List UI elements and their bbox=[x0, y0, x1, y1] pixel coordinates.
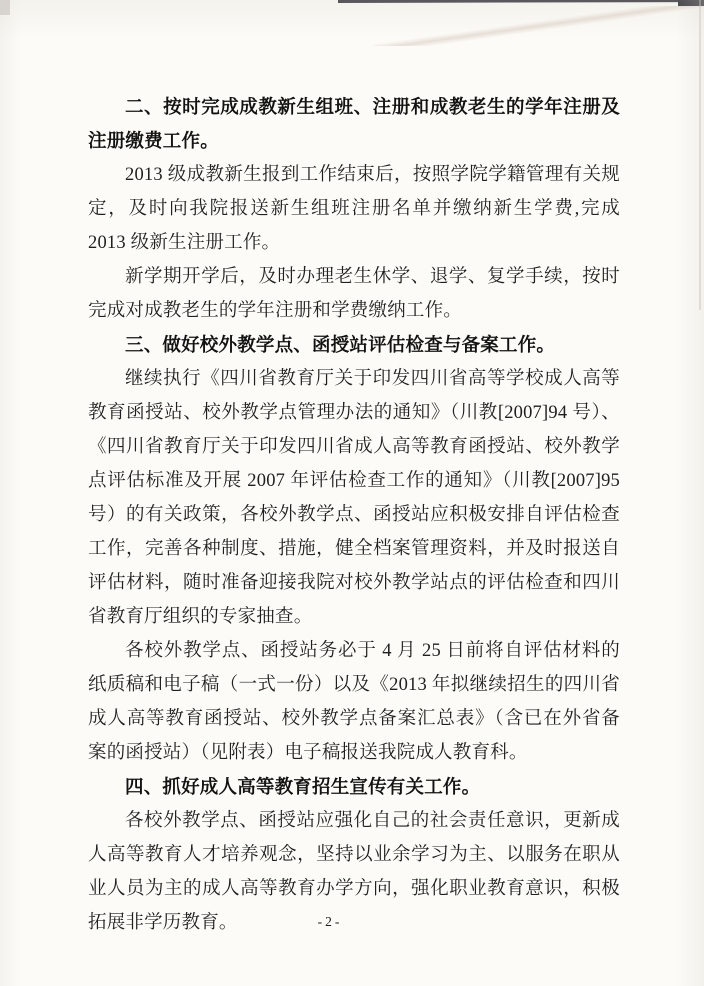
page-number: -2- bbox=[0, 914, 660, 930]
document-body: 二、按时完成成教新生组班、注册和成教老生的学年注册及注册缴费工作。 2013 级… bbox=[88, 90, 620, 940]
section-3-heading: 三、做好校外教学点、函授站评估检查与备案工作。 bbox=[88, 328, 620, 362]
scanned-page: 二、按时完成成教新生组班、注册和成教老生的学年注册及注册缴费工作。 2013 级… bbox=[0, 0, 704, 986]
para-evaluation-policy: 继续执行《四川省教育厅关于印发四川省高等学校成人高等教育函授站、校外教学点管理办… bbox=[88, 362, 620, 634]
para-material-submission: 各校外教学点、函授站务必于 4 月 25 日前将自评估材料的纸质稿和电子稿（一式… bbox=[88, 634, 620, 770]
para-old-student-procedures: 新学期开学后，及时办理老生休学、退学、复学手续，按时完成对成教老生的学年注册和学… bbox=[88, 260, 620, 328]
para-new-student-registration: 2013 级成教新生报到工作结束后，按照学院学籍管理有关规定，及时向我院报送新生… bbox=[88, 158, 620, 260]
scan-smudge-artifact bbox=[0, 0, 10, 15]
scan-edge-artifact bbox=[338, 0, 688, 3]
section-4-heading: 四、抓好成人高等教育招生宣传有关工作。 bbox=[88, 770, 620, 804]
paper-right-edge bbox=[699, 0, 701, 310]
section-2-heading: 二、按时完成成教新生组班、注册和成教老生的学年注册及注册缴费工作。 bbox=[88, 90, 620, 158]
paper-crease bbox=[374, 6, 704, 46]
